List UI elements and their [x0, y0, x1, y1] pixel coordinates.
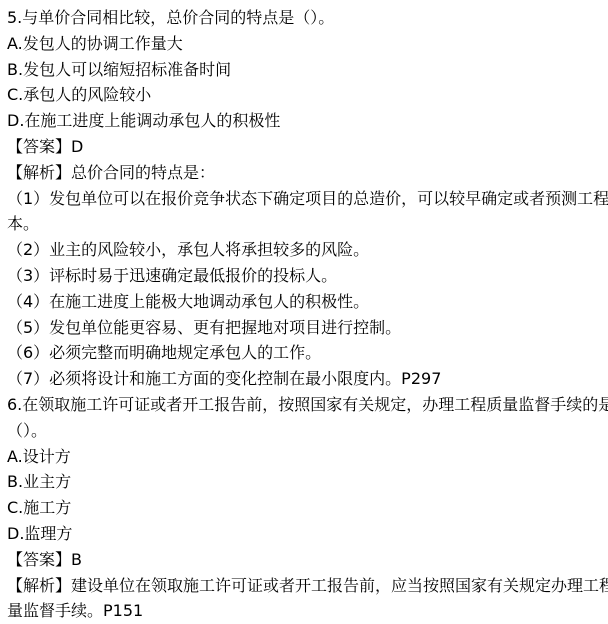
question-6-analysis: 【解析】建设单位在领取施工许可证或者开工报告前，应当按照国家有关规定办理工程责	[7, 573, 600, 599]
question-6-option-c: C.施工方	[7, 495, 600, 521]
question-6-option-b: B.业主方	[7, 469, 600, 495]
question-5-answer: 【答案】D	[7, 134, 600, 160]
question-5-analysis-item-1: （1）发包单位可以在报价竞争状态下确定项目的总造价，可以较早确定或者预测工程成	[7, 186, 600, 212]
question-5-analysis-item-5: （5）发包单位能更容易、更有把握地对项目进行控制。	[7, 315, 600, 341]
question-block-5: 5.与单价合同相比较，总价合同的特点是（）。 A.发包人的协调工作量大 B.发包…	[7, 5, 600, 392]
question-6-analysis-wrap: 量监督手续。P151	[7, 598, 600, 624]
question-6-stem: 6.在领取施工许可证或者开工报告前，按照国家有关规定，办理工程质量监督手续的是	[7, 392, 600, 418]
question-5-analysis-item-3: （3）评标时易于迅速确定最低报价的投标人。	[7, 263, 600, 289]
question-block-6: 6.在领取施工许可证或者开工报告前，按照国家有关规定，办理工程质量监督手续的是 …	[7, 392, 600, 624]
question-5-analysis-item-1-wrap: 本。	[7, 211, 600, 237]
question-6-stem-wrap: （）。	[7, 418, 600, 444]
question-6-option-a: A.设计方	[7, 444, 600, 470]
question-5-analysis-item-6: （6）必须完整而明确地规定承包人的工作。	[7, 340, 600, 366]
question-5-analysis-heading: 【解析】总价合同的特点是：	[7, 160, 600, 186]
question-6-option-d: D.监理方	[7, 521, 600, 547]
exam-document-page: 5.与单价合同相比较，总价合同的特点是（）。 A.发包人的协调工作量大 B.发包…	[0, 0, 608, 624]
question-5-option-b: B.发包人可以缩短招标准备时间	[7, 57, 600, 83]
question-5-analysis-item-4: （4）在施工进度上能极大地调动承包人的积极性。	[7, 289, 600, 315]
question-5-stem: 5.与单价合同相比较，总价合同的特点是（）。	[7, 5, 600, 31]
question-6-answer: 【答案】B	[7, 547, 600, 573]
question-5-option-a: A.发包人的协调工作量大	[7, 31, 600, 57]
question-5-analysis-item-7: （7）必须将设计和施工方面的变化控制在最小限度内。P297	[7, 366, 600, 392]
question-5-analysis-item-2: （2）业主的风险较小，承包人将承担较多的风险。	[7, 237, 600, 263]
question-5-option-d: D.在施工进度上能调动承包人的积极性	[7, 108, 600, 134]
question-5-option-c: C.承包人的风险较小	[7, 82, 600, 108]
